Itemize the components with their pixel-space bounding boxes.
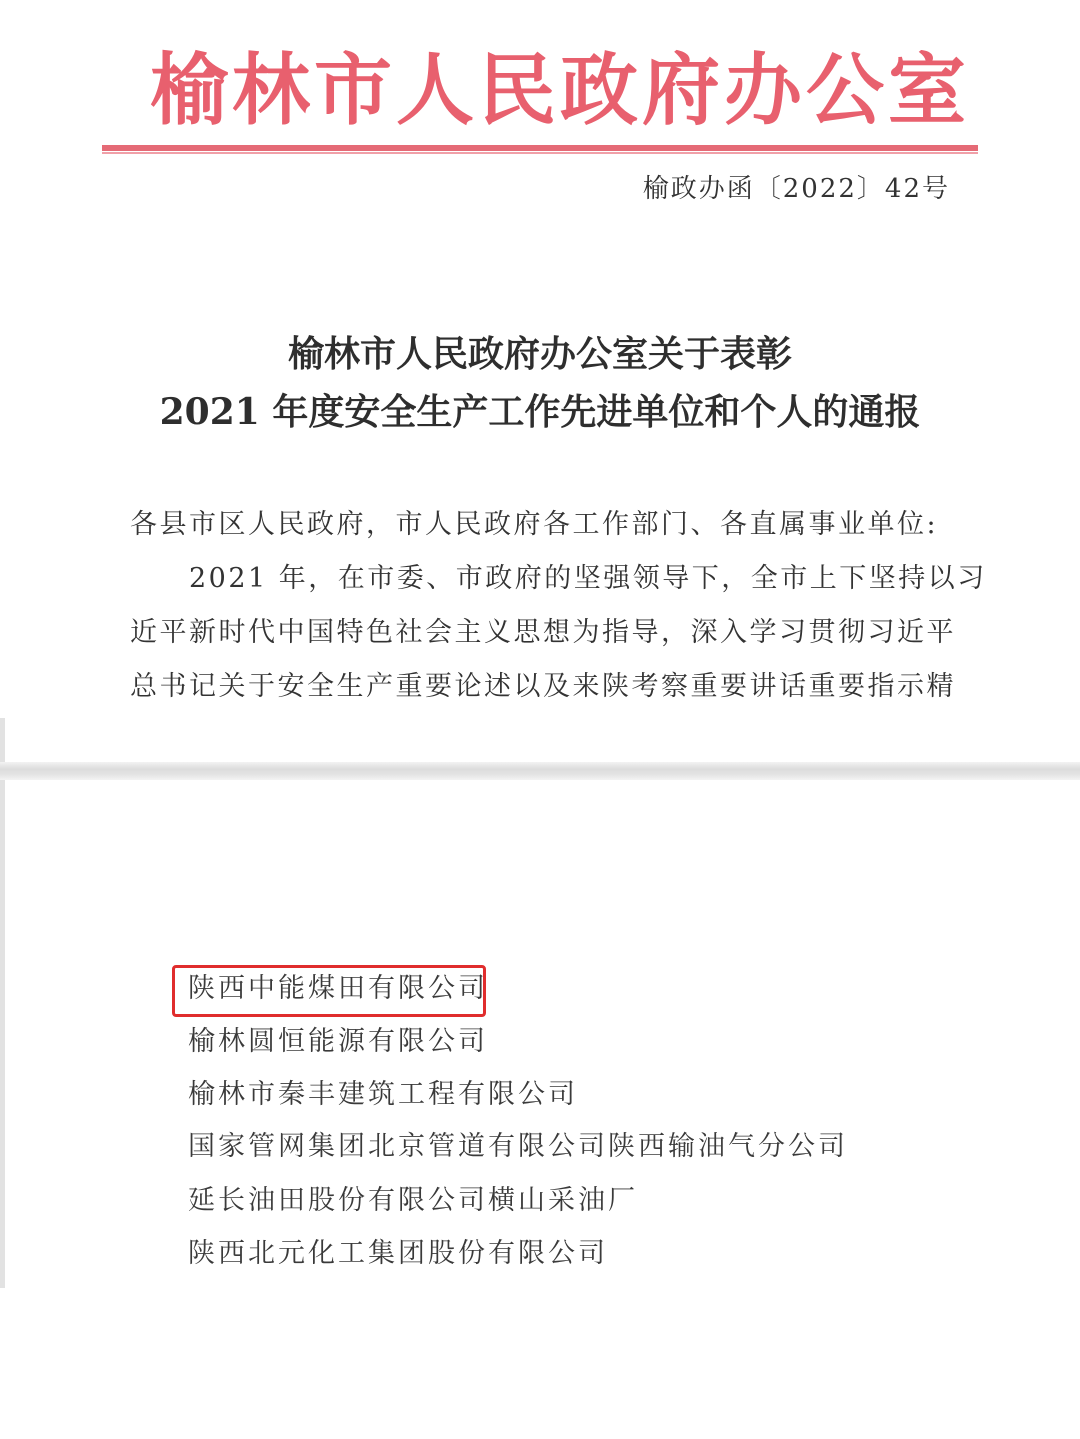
company-list-item: 榆林圆恒能源有限公司 — [188, 1025, 488, 1059]
paragraph-line: 总书记关于安全生产重要论述以及来陕考察重要讲话重要指示精 — [130, 670, 956, 704]
letterhead-issuer: 榆林市人民政府办公室 — [150, 48, 940, 134]
page-edge-strip — [0, 780, 5, 1288]
document-page-top: 榆林市人民政府办公室 榆政办函〔2022〕42号 榆林市人民政府办公室关于表彰 … — [0, 0, 1080, 762]
salutation: 各县市区人民政府，市人民政府各工作部门、各直属事业单位: — [130, 508, 938, 542]
company-list-item: 榆林市秦丰建筑工程有限公司 — [188, 1078, 578, 1112]
letterhead-red-rule — [102, 145, 978, 151]
document-number: 榆政办函〔2022〕42号 — [643, 172, 950, 206]
company-list-item: 国家管网集团北京管道有限公司陕西输油气分公司 — [188, 1130, 848, 1164]
company-list-item: 陕西北元化工集团股份有限公司 — [188, 1237, 608, 1271]
letterhead-red-rule-thin — [102, 152, 978, 154]
page-divider — [0, 762, 1080, 780]
document-title-line-2: 2021 年度安全生产工作先进单位和个人的通报 — [0, 392, 1080, 432]
company-list-item: 延长油田股份有限公司横山采油厂 — [188, 1184, 638, 1218]
paragraph-line: 近平新时代中国特色社会主义思想为指导，深入学习贯彻习近平 — [130, 616, 956, 650]
page-edge-strip — [0, 718, 5, 762]
document-title-line-1: 榆林市人民政府办公室关于表彰 — [0, 334, 1080, 374]
company-list-item-highlighted: 陕西中能煤田有限公司 — [188, 972, 488, 1006]
paragraph-line: 2021 年，在市委、市政府的坚强领导下，全市上下坚持以习 — [130, 562, 987, 596]
